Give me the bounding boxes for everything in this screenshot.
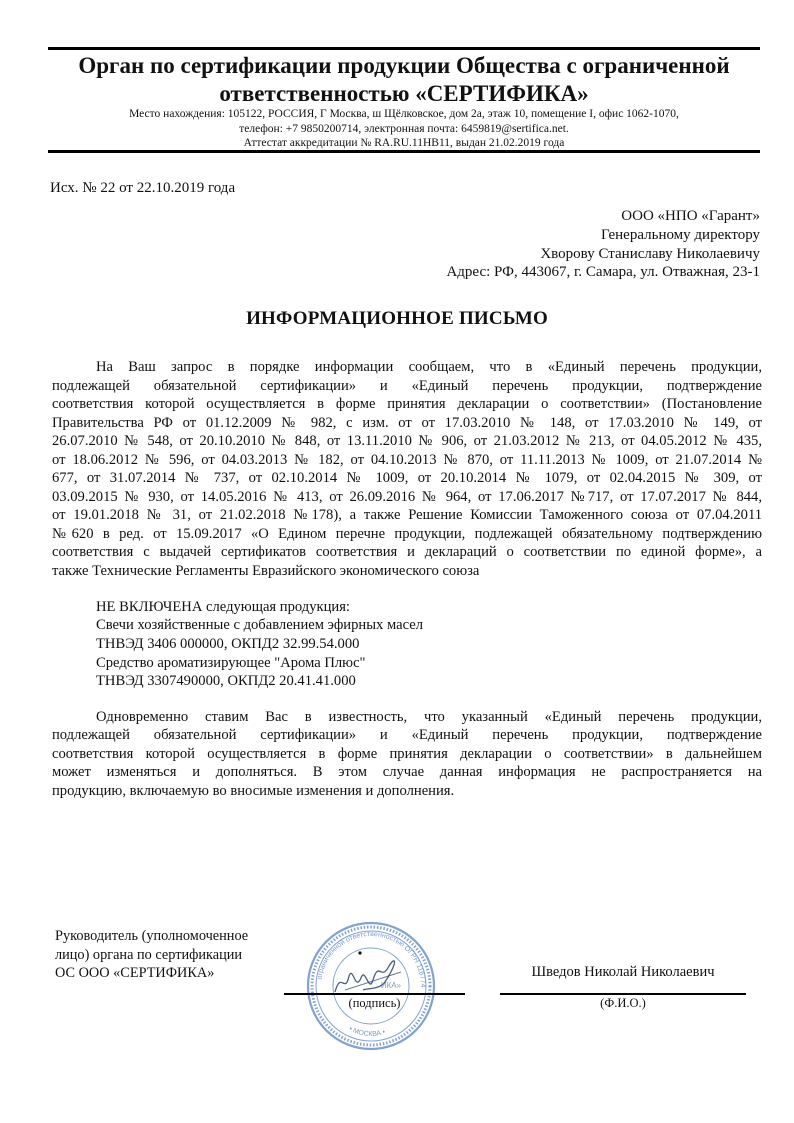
paragraph-line: подлежащей обязательной сертификации» и … — [52, 726, 762, 744]
signer-role-line: ОС ООО «СЕРТИФИКА» — [55, 964, 214, 982]
org-name-line1: Орган по сертификации продукции Общества… — [48, 52, 760, 80]
paragraph-line: от 19.01.2018 № 31, от 21.02.2018 №178),… — [52, 506, 762, 524]
recipient-position: Генеральному директору — [601, 226, 760, 245]
name-caption: (Ф.И.О.) — [500, 996, 746, 1011]
paragraph-line: №620 в ред. от 15.09.2017 «О Едином пере… — [52, 525, 762, 543]
signer-name: Шведов Николай Николаевич — [500, 964, 746, 981]
name-line — [500, 993, 746, 995]
product-codes: ТНВЭД 3406 000000, ОКПД2 32.99.54.000 — [96, 635, 359, 653]
exclusion-heading: НЕ ВКЛЮЧЕНА следующая продукция: — [96, 598, 350, 616]
paragraph-line: продукцию, включаемую во вносимые измене… — [52, 782, 762, 800]
org-accreditation: Аттестат аккредитации № RA.RU.11НВ11, вы… — [48, 135, 760, 151]
document-title: ИНФОРМАЦИОННОЕ ПИСЬМО — [0, 308, 794, 330]
paragraph-line: подлежащей обязательной сертификации» и … — [52, 377, 762, 395]
org-location: Место нахождения: 105122, РОССИЯ, Г Моск… — [48, 106, 760, 122]
signer-role-line: Руководитель (уполномоченное — [55, 927, 248, 945]
org-name-line2: ответственностью «СЕРТИФИКА» — [48, 80, 760, 108]
recipient-name: Хворову Станиславу Николаевичу — [540, 245, 760, 264]
paragraph-line: 26.07.2010 № 548, от 20.10.2010 № 848, о… — [52, 432, 762, 450]
paragraph-line: На Ваш запрос в порядке информации сообщ… — [96, 358, 762, 376]
signer-role-line: лицо) органа по сертификации — [55, 946, 242, 964]
header-bottom-rule — [48, 150, 760, 153]
recipient-company: ООО «НПО «Гарант» — [621, 207, 760, 226]
paragraph-line: 677, от 31.07.2014 № 737, от 02.10.2014 … — [52, 469, 762, 487]
signature-caption: (подпись) — [284, 996, 465, 1011]
outgoing-reference: Исх. № 22 от 22.10.2019 года — [50, 180, 235, 197]
paragraph-line: от 18.06.2012 № 596, от 04.03.2013 № 182… — [52, 451, 762, 469]
paragraph-line: может изменяться и дополняться. В этом с… — [52, 763, 762, 781]
signature-line — [284, 993, 465, 995]
product-name: Свечи хозяйственные с добавлением эфирны… — [96, 616, 423, 634]
paragraph-line: также Технические Регламенты Евразийског… — [52, 562, 762, 580]
paragraph-line: Одновременно ставим Вас в известность, ч… — [96, 708, 762, 726]
paragraph-line: соответствия которой осуществляется в фо… — [52, 745, 762, 763]
paragraph-line: 03.09.2015 № 930, от 14.05.2016 № 413, о… — [52, 488, 762, 506]
product-name: Средство ароматизирующее "Арома Плюс" — [96, 654, 366, 672]
product-codes: ТНВЭД 3307490000, ОКПД2 20.41.41.000 — [96, 672, 356, 690]
paragraph-line: соответствия с выдачей сертификатов соот… — [52, 543, 762, 561]
svg-text:• МОСКВА •: • МОСКВА • — [348, 1026, 387, 1039]
header-top-rule — [48, 47, 760, 50]
recipient-address: Адрес: РФ, 443067, г. Самара, ул. Отважн… — [446, 263, 760, 282]
paragraph-line: Правительства РФ от 01.12.2009 № 982, с … — [52, 414, 762, 432]
official-seal-stamp-icon: ограниченной ответственностью ОГРН 11677… — [305, 920, 437, 1052]
paragraph-line: соответствия которой осуществляется в фо… — [52, 395, 762, 413]
